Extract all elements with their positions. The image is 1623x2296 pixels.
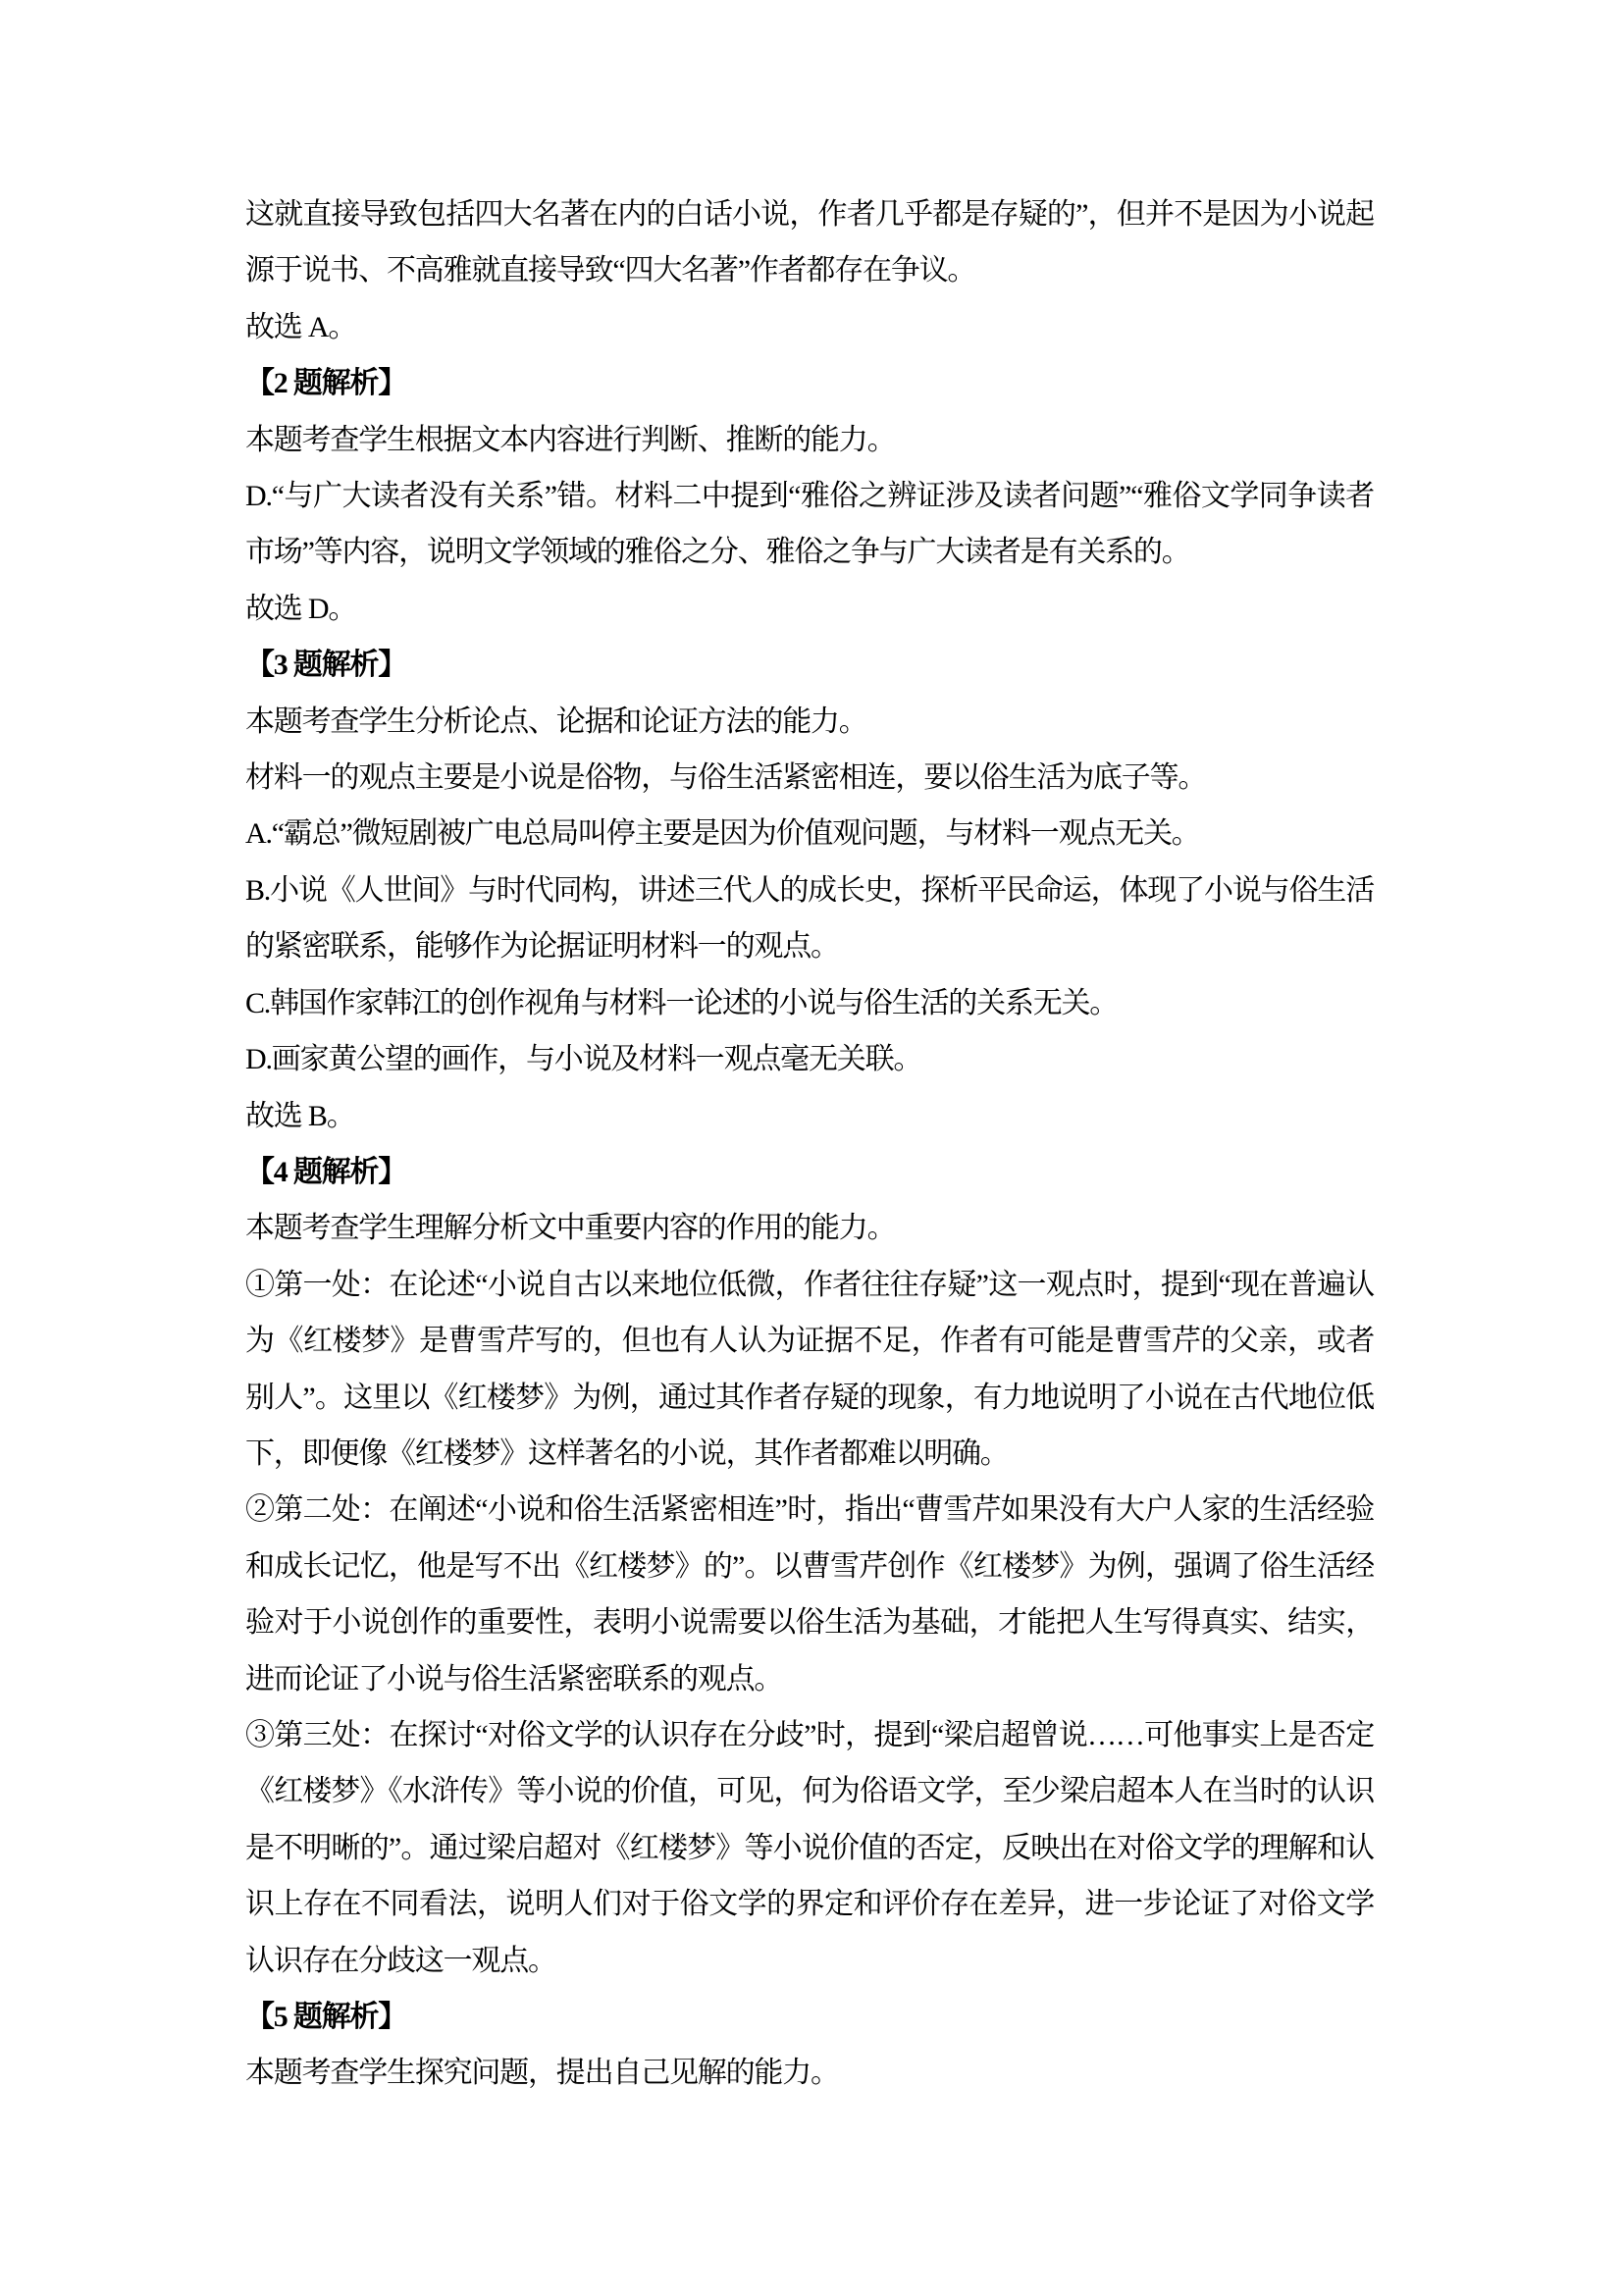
paragraph: 本题考查学生根据文本内容进行判断、推断的能力。 [245,412,1374,468]
paragraph: 本题考查学生探究问题，提出自己见解的能力。 [245,2045,1374,2101]
paragraph: 故选 B。 [245,1088,1374,1144]
section-heading: 【3 题解析】 [245,637,1374,693]
paragraph: 本题考查学生分析论点、论据和论证方法的能力。 [245,694,1374,750]
paragraph: ①第一处：在论述“小说自古以来地位低微，作者往往存疑”这一观点时，提到“现在普遍… [245,1257,1374,1483]
paragraph: ③第三处：在探讨“对俗文学的认识存在分歧”时，提到“梁启超曾说……可他事实上是否… [245,1707,1374,1989]
paragraph: 这就直接导致包括四大名著在内的白话小说，作者几乎都是存疑的”，但并不是因为小说起… [245,186,1374,299]
paragraph: C.韩国作家韩江的创作视角与材料一论述的小说与俗生活的关系无关。 [245,975,1374,1031]
paragraph: ②第二处：在阐述“小说和俗生活紧密相连”时，指出“曹雪芹如果没有大户人家的生活经… [245,1482,1374,1707]
paragraph: B.小说《人世间》与时代同构，讲述三代人的成长史，探析平民命运，体现了小说与俗生… [245,862,1374,975]
paragraph: 故选 A。 [245,299,1374,355]
answer-analysis-content: 这就直接导致包括四大名著在内的白话小说，作者几乎都是存疑的”，但并不是因为小说起… [245,186,1374,2102]
paragraph: 本题考查学生理解分析文中重要内容的作用的能力。 [245,1200,1374,1256]
paragraph: D.画家黄公望的画作，与小说及材料一观点毫无关联。 [245,1031,1374,1087]
paragraph: 材料一的观点主要是小说是俗物，与俗生活紧密相连，要以俗生活为底子等。 [245,750,1374,806]
paragraph: A.“霸总”微短剧被广电总局叫停主要是因为价值观问题，与材料一观点无关。 [245,806,1374,861]
section-heading: 【4 题解析】 [245,1144,1374,1200]
paragraph: 故选 D。 [245,581,1374,637]
section-heading: 【2 题解析】 [245,355,1374,411]
document-page: 这就直接导致包括四大名著在内的白话小说，作者几乎都是存疑的”，但并不是因为小说起… [0,0,1623,2296]
section-heading: 【5 题解析】 [245,1989,1374,2045]
paragraph: D.“与广大读者没有关系”错。材料二中提到“雅俗之辨证涉及读者问题”“雅俗文学同… [245,468,1374,581]
